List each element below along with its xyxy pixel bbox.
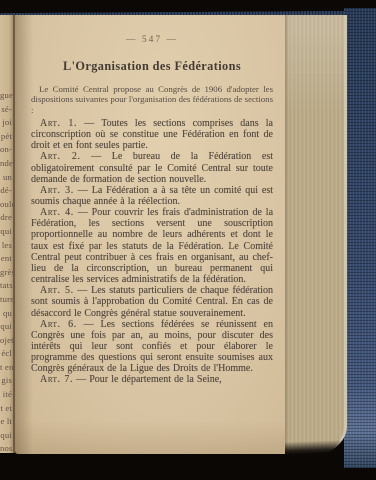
text-fragment: les (0, 239, 13, 253)
text-fragment: dre (0, 211, 13, 225)
text-fragment: e lt (0, 415, 13, 429)
text-fragment: ture (0, 293, 13, 307)
text-fragment: qu (0, 307, 13, 321)
article-paragraph: Art. 4. — Pour couvrir les frais d'admin… (31, 207, 273, 285)
article-paragraph: Art. 5. — Les statuts particuliers de ch… (31, 285, 273, 318)
text-fragment: t et (0, 402, 13, 416)
text-fragment: on- (0, 143, 13, 157)
book-fore-edge-pages (278, 15, 347, 456)
facing-page-text-fragments: guesé-joipéton-ndeundé-oulédrequilesentg… (0, 15, 13, 453)
article-label: Art. 6. (40, 319, 77, 330)
text-fragment: grès (0, 266, 13, 280)
text-fragment: oulé (0, 198, 13, 212)
page-text-block: — 547 — L'Organisation des Fédérations L… (15, 15, 285, 386)
article-label: Art. 3. (40, 185, 74, 196)
text-fragment: nde (0, 157, 13, 171)
text-fragment: un (0, 171, 13, 185)
article-paragraph: Art. 3. — La Fédération a à sa tête un c… (31, 185, 273, 207)
text-fragment: dé- (0, 184, 13, 198)
article-label: Art. 1. (40, 118, 77, 129)
article-label: Art. 4. (40, 207, 74, 218)
text-fragment: qui (0, 320, 13, 334)
intro-paragraph: Le Comité Central propose au Congrès de … (31, 84, 273, 115)
article-label: Art. 7. (40, 374, 73, 385)
text-fragment: gis (0, 374, 13, 388)
text-fragment: qui (0, 429, 13, 443)
article-paragraph: Art. 1. — Toutes les sections comprises … (31, 118, 273, 151)
text-fragment: sé- (0, 103, 13, 117)
article-label: Art. 2. (40, 151, 81, 162)
article-paragraph: Art. 6. — Les sections fédérées se réuni… (31, 319, 273, 375)
article-paragraph: Art. 7. — Pour le département de la Sein… (31, 374, 273, 385)
text-fragment: tats (0, 279, 13, 293)
page-number: — 547 — (31, 35, 273, 45)
article-paragraph: Art. 2. — Le bureau de la Fédération est… (31, 151, 273, 184)
book-page: — 547 — L'Organisation des Fédérations L… (15, 15, 285, 454)
text-fragment: ent (0, 252, 13, 266)
scanned-book-photo: guesé-joipéton-ndeundé-oulédrequilesentg… (0, 0, 376, 480)
text-fragment: t en (0, 361, 13, 375)
text-fragment: ité (0, 388, 13, 402)
text-fragment: joi (0, 116, 13, 130)
facing-page-sliver: guesé-joipéton-ndeundé-oulédrequilesentg… (0, 15, 15, 453)
articles: Art. 1. — Toutes les sections comprises … (31, 118, 273, 386)
text-fragment: nos (0, 442, 13, 453)
text-fragment: pét (0, 130, 13, 144)
article-label: Art. 5. (40, 285, 74, 296)
page-title: L'Organisation des Fédérations (31, 59, 273, 74)
book-cover-right-board (344, 8, 376, 468)
text-fragment: écl (0, 347, 13, 361)
text-fragment: qui (0, 225, 13, 239)
text-fragment: ojet (0, 334, 13, 348)
text-fragment: gue (0, 89, 13, 103)
